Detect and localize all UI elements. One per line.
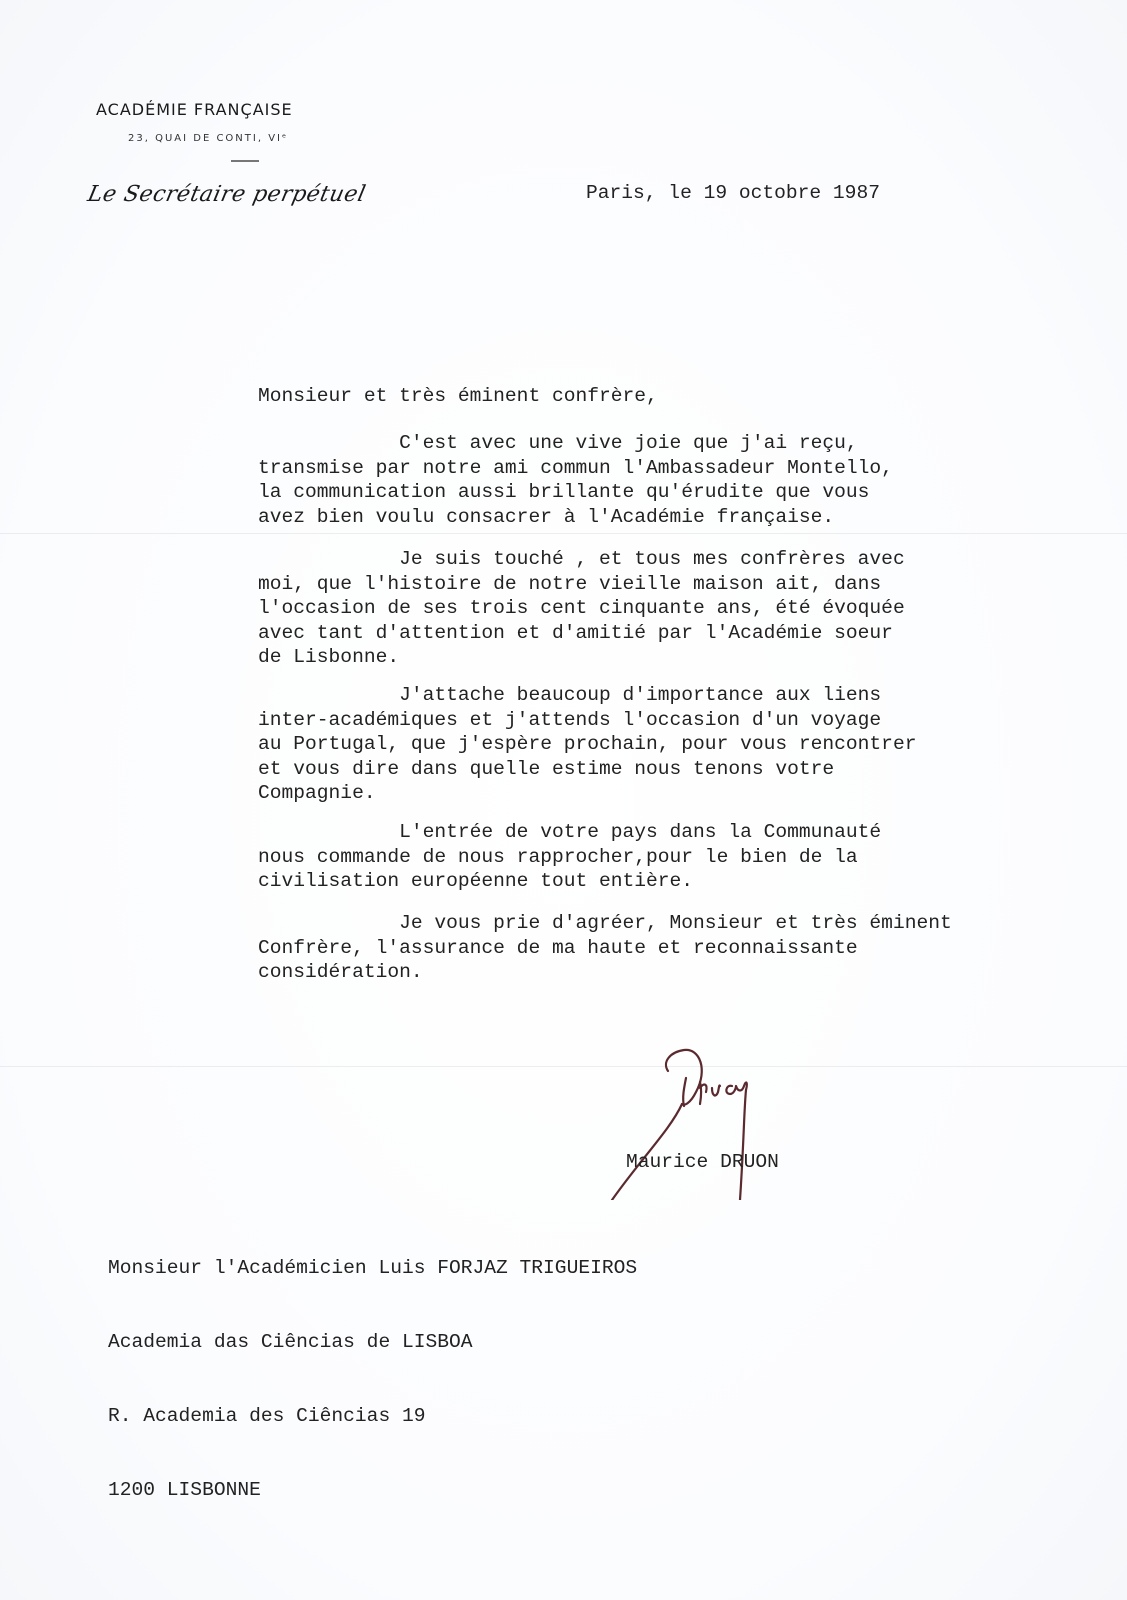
signatory-name: Maurice DRUON [626,1150,779,1175]
body-paragraph: L'entrée de votre pays dans la Communaut… [258,820,881,894]
recipient-line: Monsieur l'Académicien Luis FORJAZ TRIGU… [108,1256,637,1281]
letter-page: ACADÉMIE FRANÇAISE 23, QUAI DE CONTI, VI… [0,0,1127,1600]
sender-title: Le Secrétaire perpétuel [85,182,368,207]
paper-fold-line [0,533,1127,534]
paper-fold-line [0,1066,1127,1067]
dateline: Paris, le 19 octobre 1987 [586,181,880,206]
body-paragraph: Je suis touché , et tous mes confrères a… [258,547,905,670]
body-paragraph: C'est avec une vive joie que j'ai reçu, … [258,431,893,529]
body-paragraph: J'attache beaucoup d'importance aux lien… [258,683,916,806]
salutation: Monsieur et très éminent confrère, [258,384,658,409]
recipient-line: 1200 LISBONNE [108,1478,637,1503]
institution-name: ACADÉMIE FRANÇAISE [96,100,358,119]
letterhead: ACADÉMIE FRANÇAISE 23, QUAI DE CONTI, VI… [98,100,358,162]
recipient-address: Monsieur l'Académicien Luis FORJAZ TRIGU… [108,1207,637,1551]
recipient-line: Academia das Ciências de LISBOA [108,1330,637,1355]
handwritten-signature [600,1040,800,1200]
recipient-line: R. Academia des Ciências 19 [108,1404,637,1429]
letterhead-divider [231,160,259,162]
closing-paragraph: Je vous prie d'agréer, Monsieur et très … [258,911,952,985]
institution-address: 23, QUAI DE CONTI, VIᵉ [98,133,358,144]
